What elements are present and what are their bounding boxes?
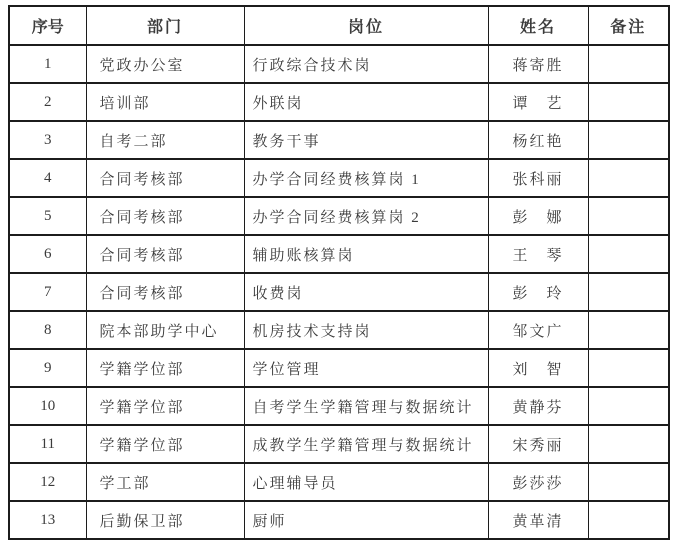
cell-dept: 合同考核部 bbox=[86, 197, 244, 235]
cell-no: 13 bbox=[9, 501, 86, 539]
cell-note bbox=[588, 235, 669, 273]
cell-no: 6 bbox=[9, 235, 86, 273]
cell-post: 教务干事 bbox=[244, 121, 488, 159]
cell-post: 成教学生学籍管理与数据统计 bbox=[244, 425, 488, 463]
cell-dept: 院本部助学中心 bbox=[86, 311, 244, 349]
cell-post: 学位管理 bbox=[244, 349, 488, 387]
table-row: 13 后勤保卫部 厨师 黄革清 bbox=[9, 501, 669, 539]
table-row: 8 院本部助学中心 机房技术支持岗 邹文广 bbox=[9, 311, 669, 349]
cell-post: 收费岗 bbox=[244, 273, 488, 311]
cell-post: 办学合同经费核算岗 1 bbox=[244, 159, 488, 197]
cell-no: 7 bbox=[9, 273, 86, 311]
table-row: 12 学工部 心理辅导员 彭莎莎 bbox=[9, 463, 669, 501]
cell-post: 外联岗 bbox=[244, 83, 488, 121]
cell-post: 厨师 bbox=[244, 501, 488, 539]
cell-name: 王 琴 bbox=[488, 235, 588, 273]
cell-name: 刘 智 bbox=[488, 349, 588, 387]
table-row: 4 合同考核部 办学合同经费核算岗 1 张科丽 bbox=[9, 159, 669, 197]
cell-name: 黄革清 bbox=[488, 501, 588, 539]
cell-post: 机房技术支持岗 bbox=[244, 311, 488, 349]
cell-dept: 合同考核部 bbox=[86, 235, 244, 273]
cell-note bbox=[588, 159, 669, 197]
cell-no: 1 bbox=[9, 45, 86, 83]
cell-dept: 培训部 bbox=[86, 83, 244, 121]
cell-note bbox=[588, 83, 669, 121]
cell-name: 邹文广 bbox=[488, 311, 588, 349]
header-no: 序号 bbox=[9, 6, 86, 45]
cell-dept: 合同考核部 bbox=[86, 159, 244, 197]
cell-note bbox=[588, 45, 669, 83]
cell-note bbox=[588, 273, 669, 311]
table-row: 10 学籍学位部 自考学生学籍管理与数据统计 黄静芬 bbox=[9, 387, 669, 425]
cell-post: 自考学生学籍管理与数据统计 bbox=[244, 387, 488, 425]
cell-dept: 后勤保卫部 bbox=[86, 501, 244, 539]
cell-no: 5 bbox=[9, 197, 86, 235]
table-body: 1 党政办公室 行政综合技术岗 蒋寄胜 2 培训部 外联岗 谭 艺 3 自考二部… bbox=[9, 45, 669, 539]
cell-no: 10 bbox=[9, 387, 86, 425]
cell-name: 宋秀丽 bbox=[488, 425, 588, 463]
cell-no: 3 bbox=[9, 121, 86, 159]
cell-post: 辅助账核算岗 bbox=[244, 235, 488, 273]
cell-name: 彭 玲 bbox=[488, 273, 588, 311]
cell-post: 心理辅导员 bbox=[244, 463, 488, 501]
cell-no: 11 bbox=[9, 425, 86, 463]
table-row: 9 学籍学位部 学位管理 刘 智 bbox=[9, 349, 669, 387]
cell-name: 谭 艺 bbox=[488, 83, 588, 121]
cell-name: 杨红艳 bbox=[488, 121, 588, 159]
header-dept: 部门 bbox=[86, 6, 244, 45]
table-row: 3 自考二部 教务干事 杨红艳 bbox=[9, 121, 669, 159]
document-page: 序号 部门 岗位 姓名 备注 1 党政办公室 行政综合技术岗 蒋寄胜 2 培训部… bbox=[0, 0, 675, 542]
header-name: 姓名 bbox=[488, 6, 588, 45]
cell-dept: 学籍学位部 bbox=[86, 425, 244, 463]
cell-note bbox=[588, 121, 669, 159]
cell-dept: 自考二部 bbox=[86, 121, 244, 159]
cell-dept: 学工部 bbox=[86, 463, 244, 501]
cell-name: 蒋寄胜 bbox=[488, 45, 588, 83]
cell-no: 4 bbox=[9, 159, 86, 197]
cell-note bbox=[588, 501, 669, 539]
cell-dept: 学籍学位部 bbox=[86, 387, 244, 425]
cell-note bbox=[588, 463, 669, 501]
table-row: 6 合同考核部 辅助账核算岗 王 琴 bbox=[9, 235, 669, 273]
cell-note bbox=[588, 311, 669, 349]
cell-name: 彭莎莎 bbox=[488, 463, 588, 501]
table-row: 1 党政办公室 行政综合技术岗 蒋寄胜 bbox=[9, 45, 669, 83]
cell-dept: 党政办公室 bbox=[86, 45, 244, 83]
table-row: 2 培训部 外联岗 谭 艺 bbox=[9, 83, 669, 121]
cell-note bbox=[588, 387, 669, 425]
cell-no: 9 bbox=[9, 349, 86, 387]
cell-name: 彭 娜 bbox=[488, 197, 588, 235]
cell-dept: 合同考核部 bbox=[86, 273, 244, 311]
cell-post: 行政综合技术岗 bbox=[244, 45, 488, 83]
header-note: 备注 bbox=[588, 6, 669, 45]
cell-no: 8 bbox=[9, 311, 86, 349]
cell-note bbox=[588, 425, 669, 463]
cell-note bbox=[588, 197, 669, 235]
cell-note bbox=[588, 349, 669, 387]
cell-no: 2 bbox=[9, 83, 86, 121]
cell-post: 办学合同经费核算岗 2 bbox=[244, 197, 488, 235]
header-row: 序号 部门 岗位 姓名 备注 bbox=[9, 6, 669, 45]
staff-roster-table: 序号 部门 岗位 姓名 备注 1 党政办公室 行政综合技术岗 蒋寄胜 2 培训部… bbox=[8, 5, 670, 540]
cell-dept: 学籍学位部 bbox=[86, 349, 244, 387]
cell-no: 12 bbox=[9, 463, 86, 501]
table-row: 11 学籍学位部 成教学生学籍管理与数据统计 宋秀丽 bbox=[9, 425, 669, 463]
table-row: 7 合同考核部 收费岗 彭 玲 bbox=[9, 273, 669, 311]
table-row: 5 合同考核部 办学合同经费核算岗 2 彭 娜 bbox=[9, 197, 669, 235]
cell-name: 黄静芬 bbox=[488, 387, 588, 425]
header-post: 岗位 bbox=[244, 6, 488, 45]
cell-name: 张科丽 bbox=[488, 159, 588, 197]
